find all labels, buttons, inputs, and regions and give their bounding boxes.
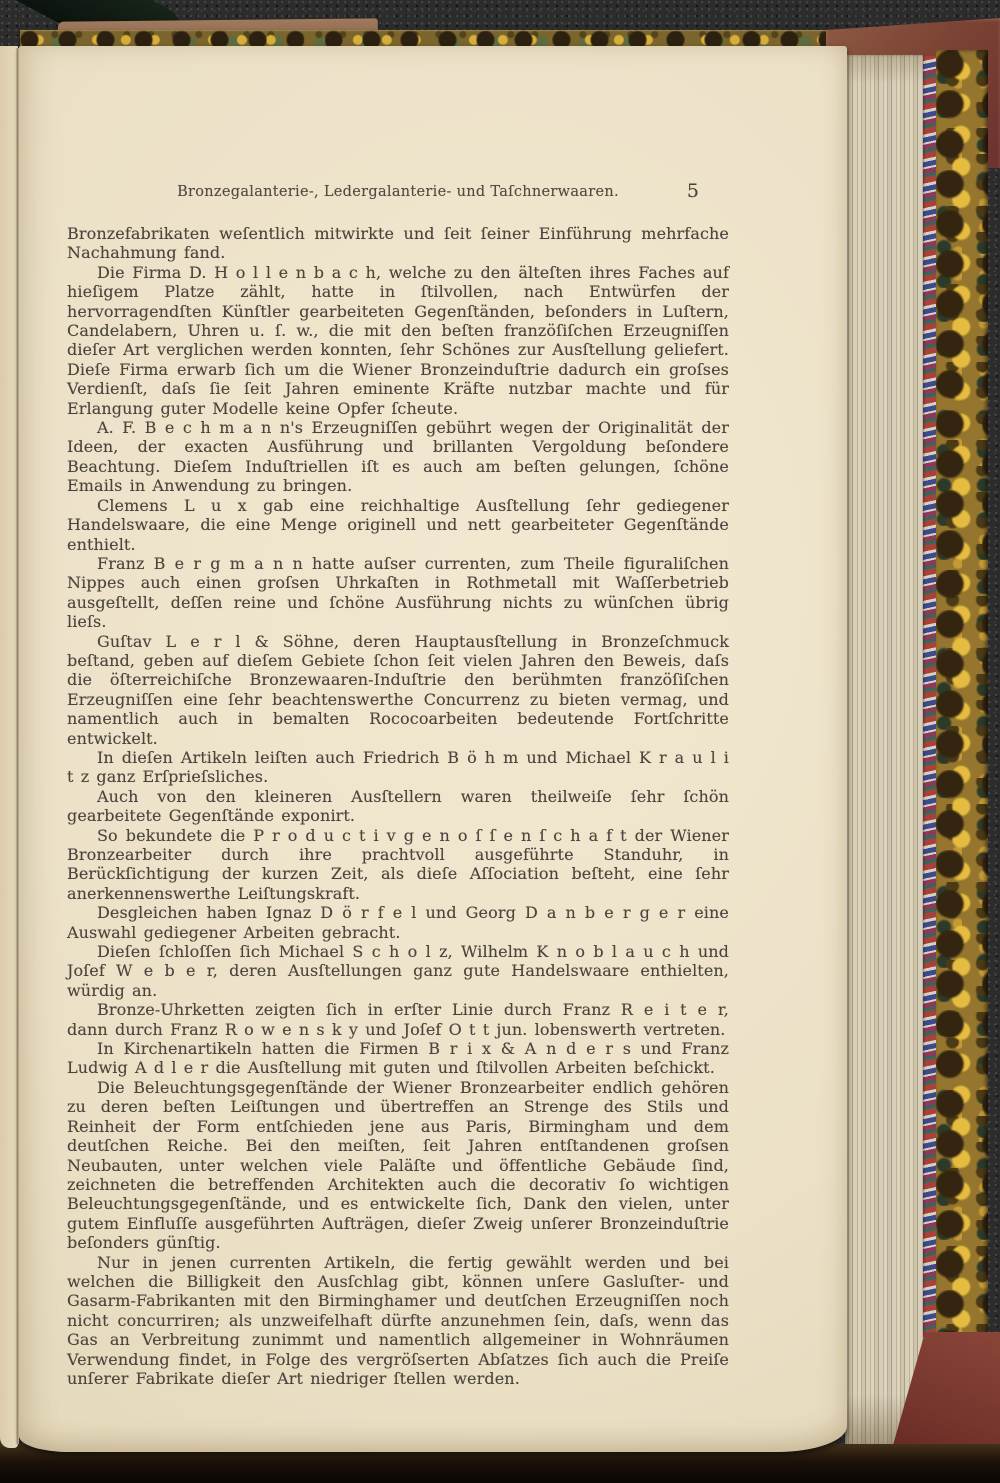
marbled-fore-edge: [923, 55, 937, 1345]
paragraph: In Kirchenartikeln hatten die Firmen B r…: [67, 1039, 729, 1078]
paragraph: A. F. B e c h m a n n's Erzeugniſſen geb…: [67, 418, 729, 496]
paragraph: Die Firma D. H o l l e n b a c h, welche…: [67, 263, 729, 418]
page-gutter-crease: [16, 48, 19, 1444]
page-edges-stack: [845, 55, 925, 1450]
paragraph: In dieſen Artikeln leiſten auch Friedric…: [67, 748, 729, 787]
marbled-cover-right: [936, 50, 988, 1345]
text-block: Bronzefabrikaten weſentlich mitwirkte un…: [67, 224, 729, 1388]
book-page: Bronzegalanterie-, Ledergalanterie- und …: [19, 46, 847, 1452]
paragraph: Auch von den kleineren Ausſtellern waren…: [67, 787, 729, 826]
paragraph: Guſtav L e r l & Söhne, deren Hauptausſt…: [67, 632, 729, 748]
paragraph: Dieſen ſchloſſen ſich Michael S c h o l …: [67, 942, 729, 1000]
paragraph: So bekundete die P r o d u c t i v g e n…: [67, 826, 729, 904]
book-photo: Bronzegalanterie-, Ledergalanterie- und …: [0, 0, 1000, 1483]
page-number: 5: [687, 180, 699, 202]
paragraph: Desgleichen haben Ignaz D ö r f e l und …: [67, 903, 729, 942]
paragraph: Die Beleuchtungsgegenſtände der Wiener B…: [67, 1078, 729, 1253]
page-header: Bronzegalanterie-, Ledergalanterie- und …: [67, 184, 729, 208]
paragraph: Nur in jenen currenten Artikeln, die fer…: [67, 1253, 729, 1389]
paragraph: Clemens L u x gab eine reichhaltige Ausſ…: [67, 496, 729, 554]
paragraph: Franz B e r g m a n n hatte auſser curre…: [67, 554, 729, 632]
text-column: Bronzegalanterie-, Ledergalanterie- und …: [67, 184, 729, 1388]
running-header: Bronzegalanterie-, Ledergalanterie- und …: [67, 184, 729, 200]
paragraph: Bronze-Uhrketten zeigten ſich in erſter …: [67, 1000, 729, 1039]
paragraph: Bronzefabrikaten weſentlich mitwirkte un…: [67, 224, 729, 263]
